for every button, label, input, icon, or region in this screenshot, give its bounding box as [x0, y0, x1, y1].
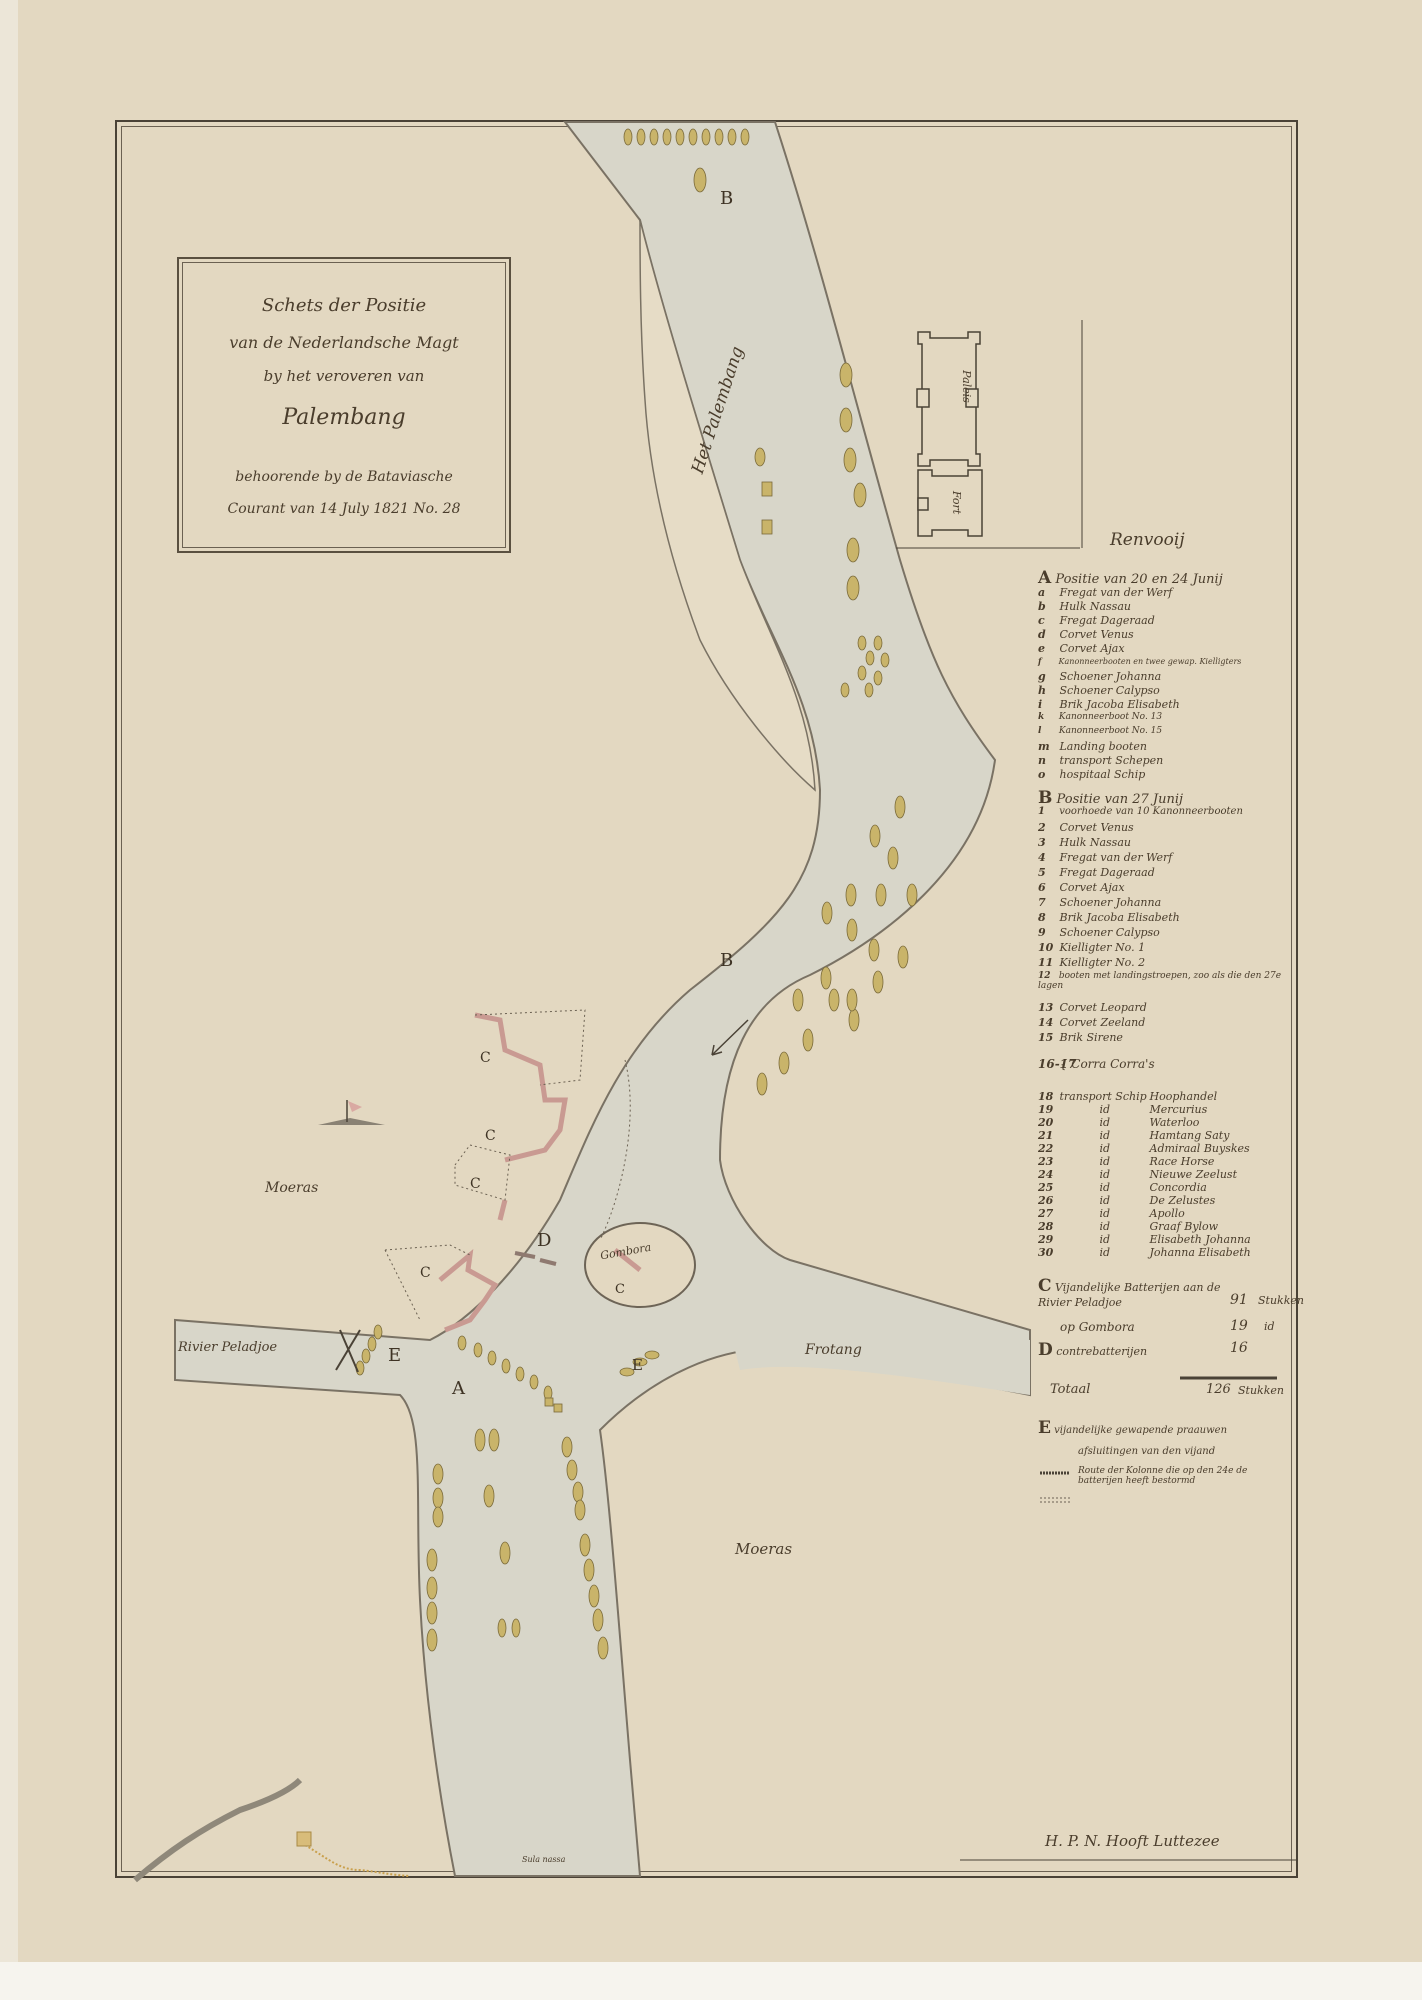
legend-item: m Landing booten [1038, 740, 1147, 753]
legend-d-count: 16 [1230, 1340, 1248, 1356]
label-moeras-east: Moeras [735, 1540, 792, 1558]
label-moeras-west: Moeras [265, 1180, 318, 1196]
legend-estacades: afsluitingen van den vijand [1078, 1446, 1215, 1457]
legend-item: 29 idElisabeth Johanna [1038, 1233, 1251, 1246]
legend-item: 9 Schoener Calypso [1038, 926, 1160, 939]
legend-item: 19 idMercurius [1038, 1103, 1207, 1116]
title-line-2: van de Nederlandsche Magt [179, 333, 509, 352]
legend-item: e Corvet Ajax [1038, 642, 1125, 655]
legend-item: 20 idWaterloo [1038, 1116, 1199, 1129]
label-palace: Paleis [960, 370, 973, 403]
legend-item: 21 idHamtang Saty [1038, 1129, 1229, 1142]
label-fort: Fort [950, 491, 963, 514]
legend-batteries-c: C Vijandelijke Batterijen aan de Rivier … [1038, 1276, 1238, 1309]
legend-item: 30 idJohanna Elisabeth [1038, 1246, 1251, 1259]
flag-marker [318, 1100, 385, 1125]
legend-item: 8 Brik Jacoba Elisabeth [1038, 911, 1180, 924]
legend-route: Route der Kolonne die op den 24e de batt… [1078, 1466, 1288, 1486]
legend-item: i Brik Jacoba Elisabeth [1038, 698, 1180, 711]
legend-item: d Corvet Venus [1038, 628, 1134, 641]
label-c-5: C [615, 1282, 625, 1297]
title-cartouche: Schets der Positie van de Nederlandsche … [177, 257, 511, 553]
label-d: D [537, 1230, 551, 1251]
legend-gombora-unit: id [1264, 1320, 1275, 1333]
legend-item: h Schoener Calypso [1038, 684, 1160, 697]
legend-item: 24 idNieuwe Zeelust [1038, 1168, 1237, 1181]
legend-item: 1 voorhoede van 10 Kanonneerbooten [1038, 806, 1243, 817]
label-frotang: Frotang [805, 1342, 862, 1358]
legend-title: Renvooij [1110, 530, 1185, 550]
label-rivier-peladjoe: Rivier Peladjoe [178, 1340, 277, 1355]
legend-item: 4 Fregat van der Werf [1038, 851, 1172, 864]
label-c-1: C [480, 1050, 491, 1066]
label-e-east: E [632, 1356, 643, 1374]
legend-item: 14 Corvet Zeeland [1038, 1016, 1145, 1029]
legend-item: 22 idAdmiraal Buyskes [1038, 1142, 1250, 1155]
legend-item: 13 Corvet Leopard [1038, 1001, 1147, 1014]
legend-item: 3 Hulk Nassau [1038, 836, 1131, 849]
legend-total-count: 126 [1206, 1382, 1231, 1397]
legend-item: c Fregat Dageraad [1038, 614, 1155, 627]
route-line [305, 1845, 410, 1876]
legend-e: E vijandelijke gewapende praauwen [1038, 1418, 1227, 1438]
legend-total-label: Totaal [1050, 1382, 1090, 1397]
legend-item: 12 booten met landingstroepen, zoo als d… [1038, 971, 1288, 991]
legend-section-b: B Positie van 27 Junij [1038, 788, 1183, 808]
legend-item: 11 Kielligter No. 2 [1038, 956, 1145, 969]
legend-section-a: A Positie van 20 en 24 Junij [1038, 568, 1223, 588]
legend-item: 28 idGraaf Bylow [1038, 1220, 1218, 1233]
legend-item: b Hulk Nassau [1038, 600, 1131, 613]
legend-item: 5 Fregat Dageraad [1038, 866, 1155, 879]
legend-item: 27 idApollo [1038, 1207, 1185, 1220]
legend-item: 23 idRace Horse [1038, 1155, 1214, 1168]
legend-item: a Fregat van der Werf [1038, 586, 1172, 599]
label-a: A [452, 1378, 465, 1399]
legend-item: 15 Brik Sirene [1038, 1031, 1123, 1044]
legend-item: 10 Kielligter No. 1 [1038, 941, 1145, 954]
title-line-4: Palembang [179, 405, 509, 430]
legend-item: 18 transport SchipHoophandel [1038, 1090, 1217, 1103]
legend-item: n transport Schepen [1038, 754, 1163, 767]
legend-item: l Kanonneerboot No. 15 [1038, 726, 1162, 736]
legend-c-unit: Stukken [1258, 1294, 1304, 1307]
label-c-3: C [470, 1176, 481, 1192]
title-line-6: Courant van 14 July 1821 No. 28 [179, 501, 509, 517]
legend-item: 2 Corvet Venus [1038, 821, 1134, 834]
label-c-2: C [485, 1128, 496, 1144]
label-c-4: C [420, 1265, 431, 1281]
legend-gombora: op Gombora [1060, 1320, 1135, 1334]
legend-item: f Kanonneerbooten en twee gewap. Kiellig… [1038, 656, 1241, 666]
legend-item: 6 Corvet Ajax [1038, 881, 1125, 894]
signature: H. P. N. Hooft Luttezee [1045, 1832, 1220, 1850]
label-e-west: E [388, 1345, 401, 1366]
legend-batteries-d: D contrebatterijen [1038, 1340, 1147, 1360]
gombora-island [585, 1223, 695, 1307]
label-b-top: B [720, 188, 733, 209]
legend-item: g Schoener Johanna [1038, 670, 1161, 683]
legend-item: 26 idDe Zelustes [1038, 1194, 1215, 1207]
legend-item: 25 idConcordia [1038, 1181, 1207, 1194]
creek-bottom-left [135, 1780, 300, 1880]
label-bottom: Sula nassa [522, 1855, 565, 1864]
legend-item: o hospitaal Schip [1038, 768, 1145, 781]
title-line-1: Schets der Positie [179, 295, 509, 316]
label-b-mid: B [720, 950, 733, 971]
title-line-3: by het veroveren van [179, 367, 509, 385]
legend-item: 16-17 { Corra Corra's [1038, 1057, 1155, 1071]
legend-total-unit: Stukken [1238, 1384, 1284, 1397]
legend-item: 7 Schoener Johanna [1038, 896, 1161, 909]
legend-gombora-count: 19 [1230, 1318, 1248, 1334]
legend-item: k Kanonneerboot No. 13 [1038, 712, 1162, 722]
title-line-5: behoorende by de Bataviasche [179, 469, 509, 485]
legend-c-count: 91 [1230, 1292, 1248, 1308]
